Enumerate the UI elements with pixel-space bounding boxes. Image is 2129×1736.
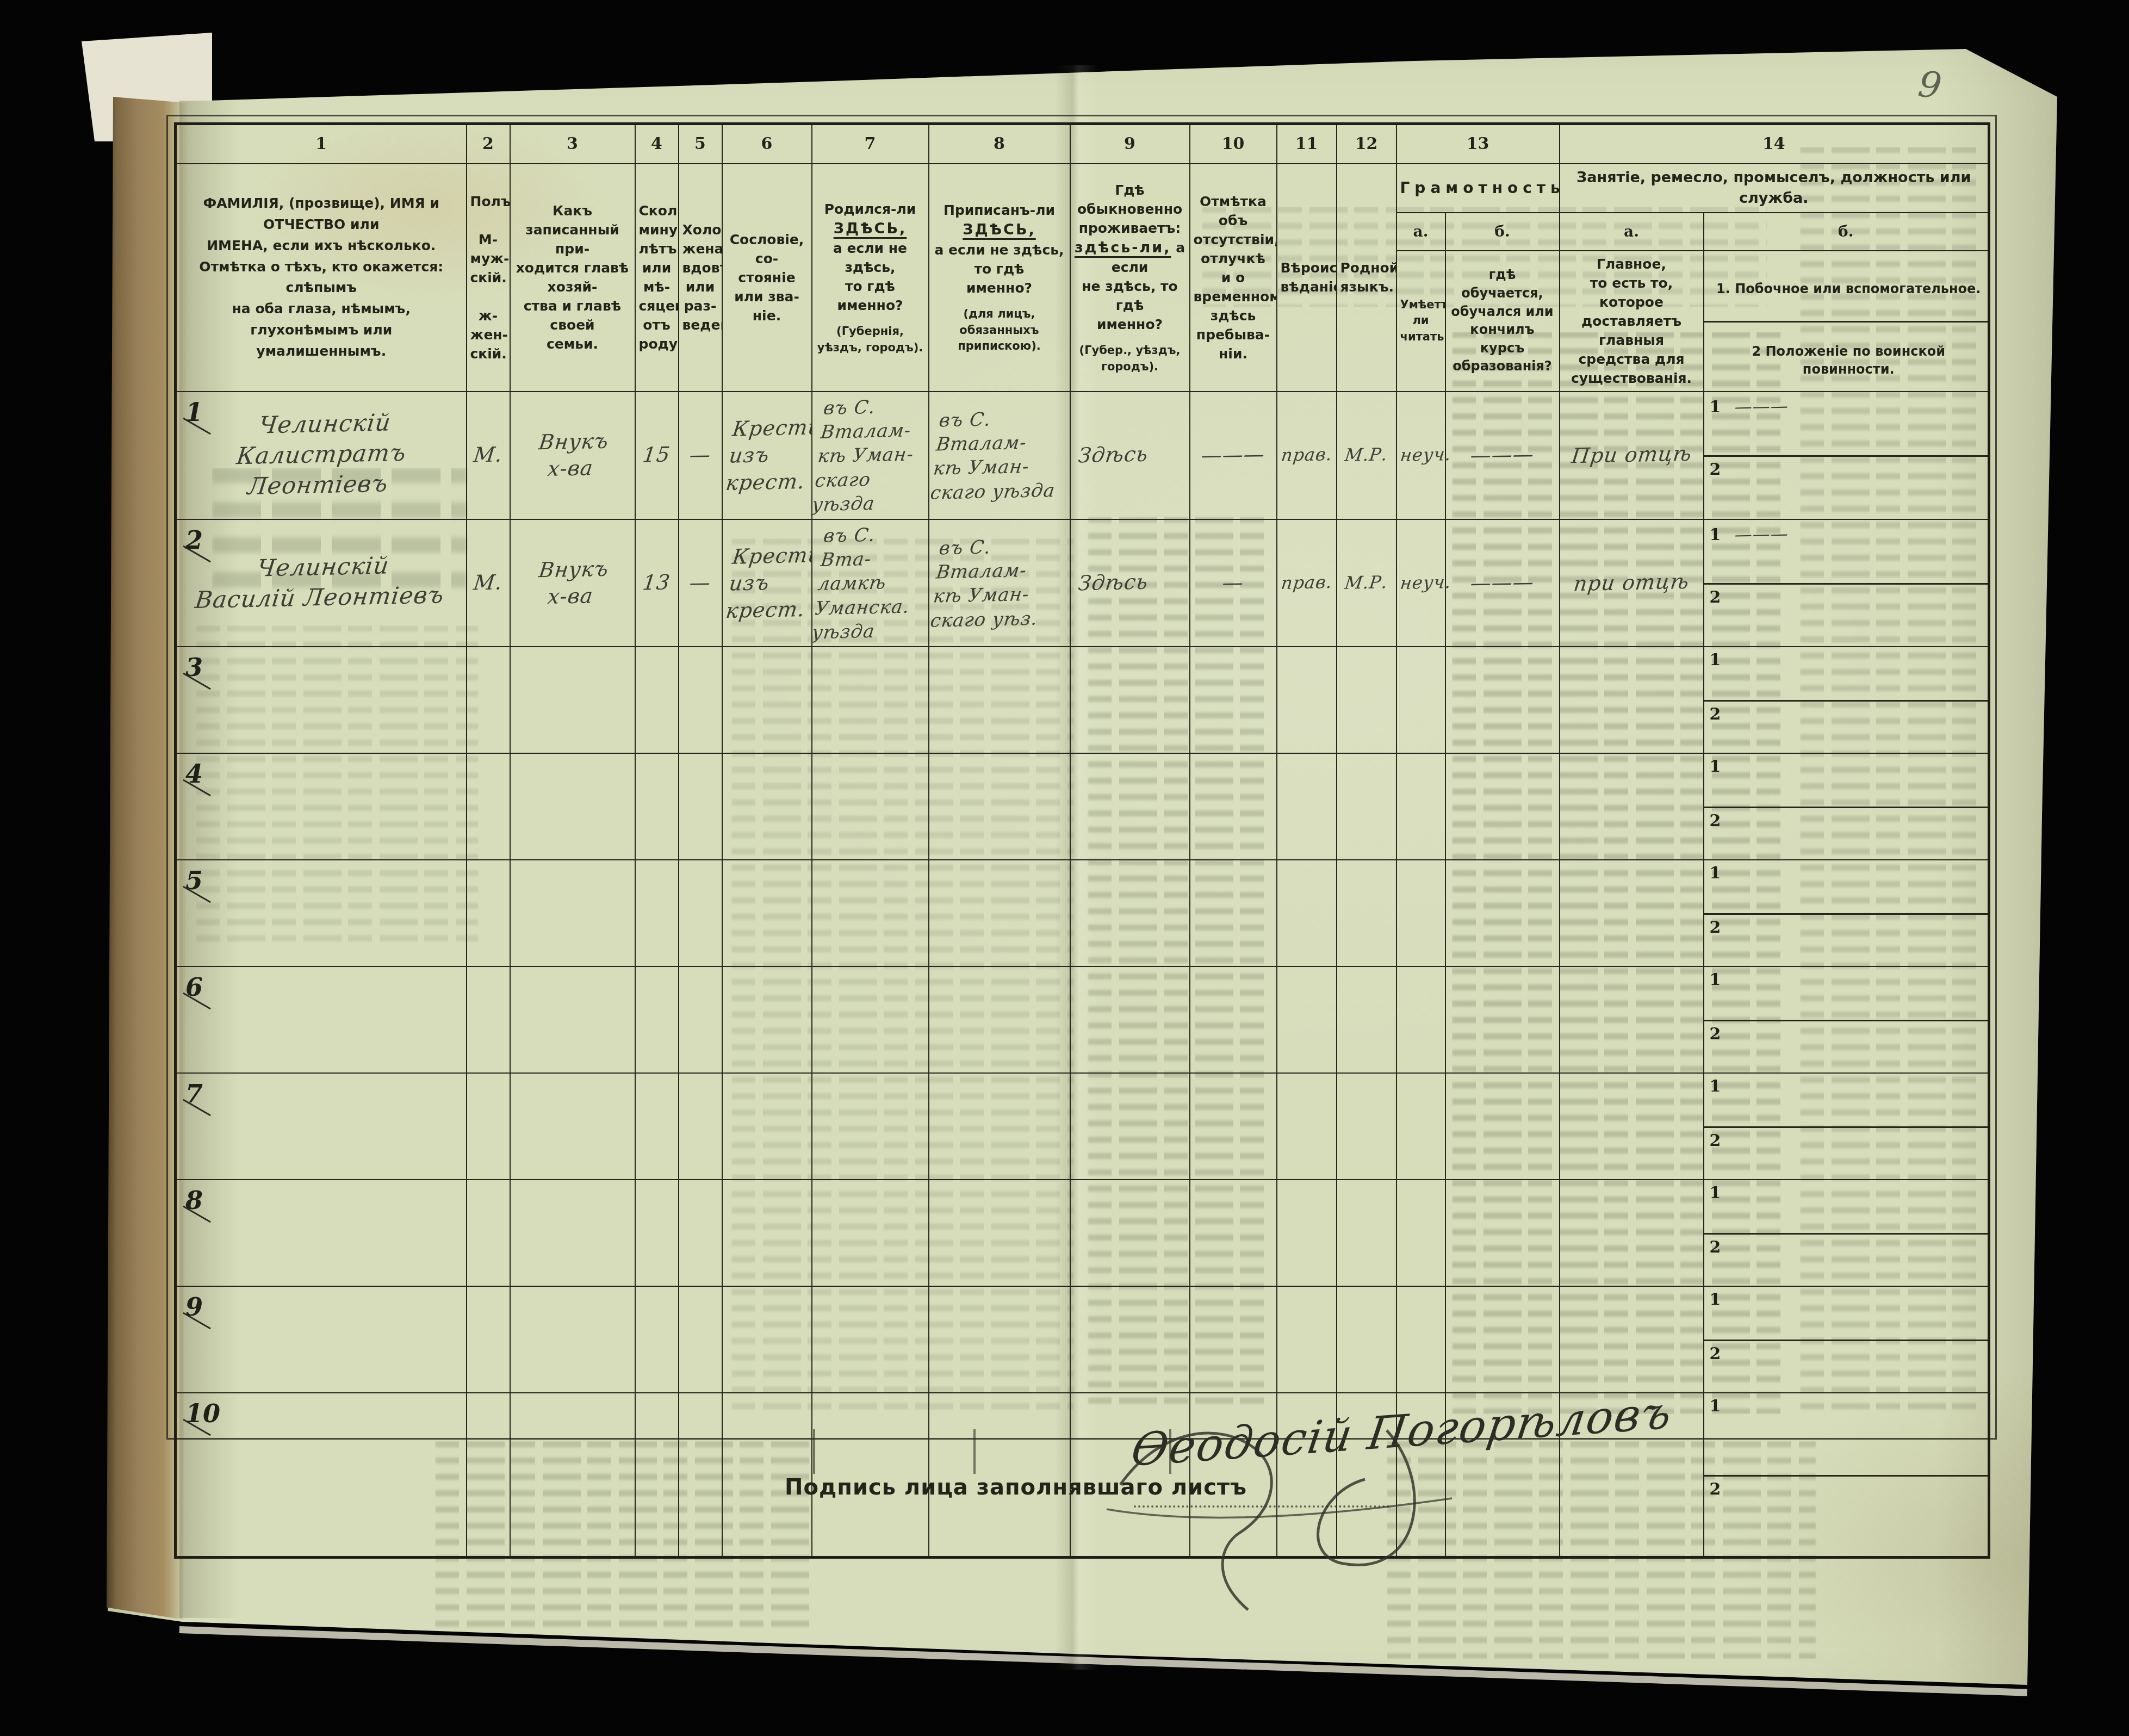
cell-absence	[1190, 966, 1277, 1073]
cell-name: 6	[176, 966, 467, 1073]
table-row: 7 1 2	[176, 1073, 1989, 1180]
cell-estate	[722, 1180, 812, 1286]
cell-absence	[1190, 1073, 1277, 1180]
cell-language: М.Р.	[1337, 519, 1396, 647]
handwritten-birthplace: въ С. Вта- ламкѣ Уманска. уѣзда	[812, 522, 929, 644]
cell-name: 2Челинскій Василій Леонтіевъ	[176, 519, 467, 647]
cell-registration	[929, 1286, 1070, 1393]
cell-religion: прав.	[1277, 519, 1337, 647]
occupation-b2-subcell: 2	[1704, 1233, 1988, 1286]
cell-language: М.Р.	[1337, 392, 1396, 519]
handwritten-religion: прав.	[1280, 443, 1333, 467]
cell-age	[635, 1180, 679, 1286]
cell-estate	[722, 647, 812, 753]
cell-birthplace: въ С. Вталам- кѣ Уман- скаго уѣзда	[812, 392, 929, 519]
occupation-b1-subcell: 1———	[1704, 520, 1988, 586]
registration-text: Приписанъ-ли	[944, 202, 1055, 218]
cell-age: 15	[635, 392, 679, 519]
cell-relation	[510, 1180, 635, 1286]
handwritten-marital: —	[688, 569, 712, 597]
handwritten-occupation-b1: ———	[1734, 522, 1790, 546]
col-num-5: 5	[679, 124, 722, 164]
handwritten-estate: Кресть. изъ крест.	[724, 414, 812, 497]
col-header-language: Родной языкъ.	[1337, 164, 1396, 392]
cell-marital: —	[679, 519, 722, 647]
cell-religion	[1277, 966, 1337, 1073]
handwritten-name: Челинскій Василій Леонтіевъ	[193, 550, 449, 616]
cell-occupation-b: 1 2	[1704, 966, 1989, 1073]
birthplace-note: (Губернія, уѣздъ, городъ).	[816, 324, 925, 356]
literacy-b-letter: б.	[1445, 213, 1560, 251]
cell-sex	[467, 1073, 510, 1180]
cell-age	[635, 966, 679, 1073]
cell-occupation-b: 1 2	[1704, 753, 1989, 860]
cell-language	[1337, 647, 1396, 753]
subrow-number-2: 2	[1710, 460, 1721, 479]
cell-birthplace: въ С. Вта- ламкѣ Уманска. уѣзда	[812, 519, 929, 647]
cell-age: 13	[635, 519, 679, 647]
cell-registration	[929, 860, 1070, 966]
col-header-occupation-a: Главное, то есть то, которое доставляетъ…	[1560, 251, 1704, 392]
subrow-number-2: 2	[1710, 918, 1721, 937]
cell-sex: М.	[467, 392, 510, 519]
cell-registration	[929, 753, 1070, 860]
cell-absence	[1190, 1180, 1277, 1286]
cell-marital	[679, 1180, 722, 1286]
col-header-occupation-b1: 1. Побочное или вспомогательное.	[1704, 251, 1988, 325]
birthplace-text: Родился-ли	[824, 201, 916, 217]
occupation-b1-subcell: 1———	[1704, 392, 1988, 458]
cell-occupation-b: 1 2	[1704, 860, 1989, 966]
cell-literacy-a	[1396, 1180, 1445, 1286]
col-header-age: Сколько минуло лѣтъ или мѣ- сяцевъ отъ р…	[635, 164, 679, 392]
table-row: 5 1 2	[176, 860, 1989, 966]
handwritten-literacy-b: ———	[1469, 569, 1536, 597]
cell-sex	[467, 860, 510, 966]
residence-emphasis: здѣсь-ли,	[1075, 239, 1171, 256]
cell-estate	[722, 1286, 812, 1393]
subrow-number-1: 1	[1710, 650, 1721, 669]
cell-language	[1337, 966, 1396, 1073]
cell-relation	[510, 647, 635, 753]
col-header-religion: Вѣроиспо- вѣданіе.	[1277, 164, 1337, 392]
cell-marital	[679, 1286, 722, 1393]
cell-relation	[510, 966, 635, 1073]
occupation-a-letter: а.	[1560, 213, 1704, 251]
table-row: 3 1 2	[176, 647, 1989, 753]
cell-literacy-b: ———	[1445, 392, 1560, 519]
cell-name: 10	[176, 1393, 467, 1557]
cell-occupation-b: 1 2	[1704, 1180, 1989, 1286]
cell-sex	[467, 1180, 510, 1286]
occupation-b2-subcell: 2	[1704, 1020, 1988, 1073]
row-number: 3	[185, 653, 203, 682]
table-row: 6 1 2	[176, 966, 1989, 1073]
cell-literacy-b	[1445, 1180, 1560, 1286]
cell-birthplace	[812, 966, 929, 1073]
row-number: 2	[185, 525, 203, 555]
handwritten-occupation-b1: ———	[1734, 395, 1790, 419]
cell-name: 8	[176, 1180, 467, 1286]
cell-occupation-a: при отцѣ	[1560, 519, 1704, 647]
handwritten-literacy-a: неуч.	[1399, 571, 1453, 595]
cell-marital	[679, 647, 722, 753]
handwritten-absence: —	[1221, 569, 1245, 597]
handwritten-registration: въ С. Вталам- кѣ Уман- скаго уѣзда	[929, 406, 1070, 505]
scanned-census-sheet: 1 2 3 4 5 6 7 8 9 10 11 12 13 14 ФАМИЛІЯ…	[0, 0, 2129, 1736]
cell-marital: —	[679, 392, 722, 519]
cell-occupation-b: 1 2	[1704, 647, 1989, 753]
cell-name: 1Челинскій Калистратъ Леонтіевъ	[176, 392, 467, 519]
cell-literacy-b	[1445, 647, 1560, 753]
cell-age	[635, 647, 679, 753]
cell-name: 5	[176, 860, 467, 966]
cell-literacy-a	[1396, 1286, 1445, 1393]
registration-text2: а если не здѣсь, то гдѣ именно?	[934, 242, 1064, 296]
cell-literacy-b	[1445, 753, 1560, 860]
subrow-number-1: 1	[1710, 525, 1721, 544]
cell-occupation-b: 1 2	[1704, 1286, 1989, 1393]
handwritten-registration: въ С. Вталам- кѣ Уман- скаго уѣз.	[929, 534, 1070, 633]
cell-sex: М.	[467, 519, 510, 647]
cell-religion: прав.	[1277, 392, 1337, 519]
cell-marital	[679, 1073, 722, 1180]
cell-marital	[679, 753, 722, 860]
cell-residence	[1070, 1180, 1190, 1286]
handwritten-age: 15	[641, 442, 672, 469]
cell-birthplace	[812, 1180, 929, 1286]
col-num-4: 4	[635, 124, 679, 164]
subrow-number-2: 2	[1710, 811, 1721, 830]
cell-residence	[1070, 966, 1190, 1073]
subrow-number-1: 1	[1710, 1290, 1721, 1309]
subrow-number-2: 2	[1710, 1344, 1721, 1363]
handwritten-sex: М.	[472, 569, 504, 597]
cell-religion	[1277, 1286, 1337, 1393]
cell-absence	[1190, 860, 1277, 966]
cell-residence	[1070, 1073, 1190, 1180]
subrow-number-1: 1	[1710, 757, 1721, 776]
table-row: 1Челинскій Калистратъ Леонтіевъ М. Внукъ…	[176, 392, 1989, 519]
col-header-registration: Приписанъ-ли ЗДѢСЬ, а если не здѣсь, то …	[929, 164, 1070, 392]
cell-language	[1337, 1073, 1396, 1180]
handwritten-birthplace: въ С. Вталам- кѣ Уман- скаго уѣзда	[812, 394, 929, 517]
col-header-name: ФАМИЛІЯ, (прозвище), ИМЯ и ОТЧЕСТВО или …	[176, 164, 467, 392]
cell-registration	[929, 647, 1070, 753]
cell-estate	[722, 860, 812, 966]
cell-occupation-b: 1——— 2	[1704, 519, 1989, 647]
col-header-occupation-b: 1. Побочное или вспомогательное. 2 Полож…	[1704, 251, 1989, 392]
occupation-b1-subcell: 1	[1704, 1180, 1988, 1236]
cell-residence: Здѣсь	[1070, 392, 1190, 519]
cell-birthplace	[812, 753, 929, 860]
row-number: 6	[185, 972, 203, 1002]
subrow-number-2: 2	[1710, 1131, 1721, 1150]
cell-occupation-b: 1 2	[1704, 1393, 1989, 1557]
subrow-number-2: 2	[1710, 588, 1721, 607]
cell-occupation-a	[1560, 753, 1704, 860]
cell-occupation-a	[1560, 966, 1704, 1073]
registration-note: (для лицъ, обязанныхъ припискою).	[933, 306, 1066, 354]
cell-literacy-b: ———	[1445, 519, 1560, 647]
subrow-number-2: 2	[1710, 705, 1721, 724]
handwritten-literacy-b: ———	[1469, 441, 1536, 469]
column-number-row: 1 2 3 4 5 6 7 8 9 10 11 12 13 14	[176, 124, 1989, 164]
cell-occupation-b: 1 2	[1704, 1073, 1989, 1180]
cell-sex	[467, 753, 510, 860]
cell-absence	[1190, 1286, 1277, 1393]
cell-residence	[1070, 1286, 1190, 1393]
occupation-b1-subcell: 1	[1704, 754, 1988, 810]
occupation-b1-subcell: 1	[1704, 860, 1988, 916]
cell-estate: Кресть. изъ крест.	[722, 519, 812, 647]
cell-occupation-a	[1560, 860, 1704, 966]
cell-absence	[1190, 647, 1277, 753]
handwritten-relation: Внукъ х-ва	[535, 427, 611, 483]
cell-religion	[1277, 1180, 1337, 1286]
subrow-number-1: 1	[1710, 1397, 1721, 1416]
cell-literacy-a: неуч.	[1396, 519, 1445, 647]
cell-estate	[722, 1073, 812, 1180]
cell-registration	[929, 966, 1070, 1073]
occupation-b2-subcell: 2	[1704, 1475, 1988, 1558]
col-num-13: 13	[1396, 124, 1560, 164]
subrow-number-2: 2	[1710, 1025, 1721, 1044]
col-header-occupation-group: Занятіе, ремесло, промыселъ, должность и…	[1560, 164, 1989, 213]
birthplace-text2: а если не здѣсь, то гдѣ именно?	[833, 240, 907, 313]
census-table: 1 2 3 4 5 6 7 8 9 10 11 12 13 14 ФАМИЛІЯ…	[174, 122, 1990, 1559]
occupation-b1-subcell: 1	[1704, 1074, 1988, 1130]
handwritten-age: 13	[641, 569, 672, 597]
subrow-number-1: 1	[1710, 864, 1721, 883]
col-header-birthplace: Родился-ли ЗДѢСЬ, а если не здѣсь, то гд…	[812, 164, 929, 392]
cell-religion	[1277, 1073, 1337, 1180]
subrow-number-2: 2	[1710, 1238, 1721, 1257]
birthplace-emphasis: ЗДѢСЬ,	[834, 220, 907, 237]
cell-occupation-a	[1560, 1286, 1704, 1393]
cell-age	[635, 1073, 679, 1180]
occupation-b2-subcell: 2	[1704, 807, 1988, 860]
cell-language	[1337, 753, 1396, 860]
col-num-7: 7	[812, 124, 929, 164]
cell-residence	[1070, 753, 1190, 860]
cell-absence: —	[1190, 519, 1277, 647]
residence-text: Гдѣ обыкновенно проживаетъ:	[1077, 182, 1182, 236]
occupation-b1-subcell: 1	[1704, 647, 1988, 703]
cell-religion	[1277, 753, 1337, 860]
cell-occupation-a	[1560, 1180, 1704, 1286]
occupation-b2-subcell: 2	[1704, 700, 1988, 753]
table-row: 9 1 2	[176, 1286, 1989, 1393]
registration-emphasis: ЗДѢСЬ,	[963, 221, 1036, 238]
table-row: 2Челинскій Василій Леонтіевъ М. Внукъ х-…	[176, 519, 1989, 647]
col-num-9: 9	[1070, 124, 1190, 164]
col-num-11: 11	[1277, 124, 1337, 164]
cell-literacy-a	[1396, 860, 1445, 966]
subrow-number-1: 1	[1710, 970, 1721, 989]
cell-absence: ———	[1190, 392, 1277, 519]
handwritten-relation: Внукъ х-ва	[535, 555, 611, 611]
table-row: 8 1 2	[176, 1180, 1989, 1286]
row-number: 7	[185, 1079, 203, 1108]
handwritten-marital: —	[688, 442, 712, 469]
cell-registration	[929, 1180, 1070, 1286]
cell-literacy-b	[1445, 1286, 1560, 1393]
col-num-1: 1	[176, 124, 467, 164]
col-num-6: 6	[722, 124, 812, 164]
row-number: 8	[185, 1186, 203, 1215]
cell-sex	[467, 966, 510, 1073]
cell-language	[1337, 1180, 1396, 1286]
cell-sex	[467, 1286, 510, 1393]
col-header-literacy-a: Умѣетъ- ли читать?	[1396, 251, 1445, 392]
occupation-b2-subcell: 2	[1704, 455, 1988, 519]
row-number: 10	[185, 1399, 220, 1428]
cell-relation: Внукъ х-ва	[510, 392, 635, 519]
handwritten-absence: ———	[1200, 441, 1267, 469]
col-header-sex: Полъ. М-муж- скій. ж-жен- скій.	[467, 164, 510, 392]
cell-estate: Кресть. изъ крест.	[722, 392, 812, 519]
cell-occupation-a	[1560, 647, 1704, 753]
col-header-residence: Гдѣ обыкновенно проживаетъ: здѣсь-ли, а …	[1070, 164, 1190, 392]
col-num-3: 3	[510, 124, 635, 164]
cell-birthplace	[812, 647, 929, 753]
cell-sex	[467, 647, 510, 753]
cell-name: 7	[176, 1073, 467, 1180]
row-number: 9	[185, 1292, 203, 1322]
cell-residence: Здѣсь	[1070, 519, 1190, 647]
col-num-8: 8	[929, 124, 1070, 164]
cell-relation	[510, 1393, 635, 1557]
cell-age	[635, 860, 679, 966]
occupation-b2-subcell: 2	[1704, 583, 1988, 647]
col-num-14: 14	[1560, 124, 1989, 164]
subrow-number-2: 2	[1710, 1480, 1721, 1499]
cell-sex	[467, 1393, 510, 1557]
cell-marital	[679, 966, 722, 1073]
col-num-10: 10	[1190, 124, 1277, 164]
cell-relation	[510, 1286, 635, 1393]
cell-name: 9	[176, 1286, 467, 1393]
residence-note: (Губер., уѣздъ, городъ).	[1074, 343, 1186, 375]
cell-absence	[1190, 753, 1277, 860]
col-header-absence: Отмѣтка объ отсутствіи, отлучкѣ и о врем…	[1190, 164, 1277, 392]
occupation-b2-subcell: 2	[1704, 913, 1988, 966]
occupation-b2-subcell: 2	[1704, 1340, 1988, 1393]
cell-language	[1337, 1286, 1396, 1393]
col-header-literacy-group: Грамотность.	[1396, 164, 1560, 213]
cell-birthplace	[812, 860, 929, 966]
occupation-b-letter: б.	[1704, 213, 1989, 251]
cell-literacy-a: неуч.	[1396, 392, 1445, 519]
cell-registration: въ С. Вталам- кѣ Уман- скаго уѣзда	[929, 392, 1070, 519]
subrow-number-1: 1	[1710, 398, 1721, 417]
cell-language	[1337, 860, 1396, 966]
cell-estate	[722, 753, 812, 860]
handwritten-language: М.Р.	[1344, 571, 1389, 594]
cell-name: 3	[176, 647, 467, 753]
cell-estate	[722, 966, 812, 1073]
col-header-estate: Сословіе, со- стояніе или зва- ніе.	[722, 164, 812, 392]
cell-registration: въ С. Вталам- кѣ Уман- скаго уѣз.	[929, 519, 1070, 647]
cell-literacy-a	[1396, 1073, 1445, 1180]
cell-relation	[510, 1073, 635, 1180]
handwritten-literacy-a: неуч.	[1399, 443, 1453, 467]
cell-occupation-b: 1——— 2	[1704, 392, 1989, 519]
cell-age	[635, 1286, 679, 1393]
cell-occupation-a	[1560, 1073, 1704, 1180]
handwritten-sex: М.	[472, 442, 504, 469]
cell-religion	[1277, 647, 1337, 753]
table-row: 4 1 2	[176, 753, 1989, 860]
handwritten-residence: Здѣсь	[1077, 569, 1150, 597]
occupation-b1-subcell: 1	[1704, 1287, 1988, 1343]
occupation-b1-subcell: 1	[1704, 967, 1988, 1023]
cell-religion	[1277, 860, 1337, 966]
cell-name: 4	[176, 753, 467, 860]
handwritten-estate: Кресть. изъ крест.	[724, 542, 812, 624]
cell-age	[635, 753, 679, 860]
handwritten-residence: Здѣсь	[1077, 441, 1150, 469]
cell-marital	[679, 860, 722, 966]
col-header-occupation-b2: 2 Положеніе по воинской повинности.	[1704, 321, 1988, 392]
cell-age	[635, 1393, 679, 1557]
cell-literacy-a	[1396, 753, 1445, 860]
row-number: 4	[185, 759, 203, 789]
handwritten-religion: прав.	[1280, 571, 1333, 595]
cell-registration	[929, 1073, 1070, 1180]
cell-literacy-b	[1445, 860, 1560, 966]
col-header-relation: Какъ записанный при- ходится главѣ хозяй…	[510, 164, 635, 392]
occupation-b2-subcell: 2	[1704, 1126, 1988, 1180]
col-header-literacy-b: гдѣ обучается, обучался или кончилъ курс…	[1445, 251, 1560, 392]
cell-literacy-b	[1445, 966, 1560, 1073]
cell-birthplace	[812, 1073, 929, 1180]
cell-relation	[510, 860, 635, 966]
col-num-12: 12	[1337, 124, 1396, 164]
cell-marital	[679, 1393, 722, 1557]
row-number: 5	[185, 866, 203, 895]
col-num-2: 2	[467, 124, 510, 164]
occupation-b1-subcell: 1	[1704, 1393, 1988, 1478]
handwritten-name: Челинскій Калистратъ Леонтіевъ	[176, 407, 467, 504]
literacy-a-letter: а.	[1396, 213, 1445, 251]
cell-literacy-a	[1396, 966, 1445, 1073]
col-header-marital: Холостъ, женатъ, вдовъ или раз- веденъ.	[679, 164, 722, 392]
subrow-number-1: 1	[1710, 1183, 1721, 1202]
cell-literacy-b	[1445, 1073, 1560, 1180]
handwritten-language: М.Р.	[1344, 443, 1389, 467]
subrow-number-1: 1	[1710, 1077, 1721, 1096]
column-header-row: ФАМИЛІЯ, (прозвище), ИМЯ и ОТЧЕСТВО или …	[176, 164, 1989, 213]
handwritten-occupation-a: при отцѣ	[1572, 568, 1691, 598]
cell-relation: Внукъ х-ва	[510, 519, 635, 647]
handwritten-occupation-a: При отцѣ	[1570, 441, 1693, 470]
cell-residence	[1070, 860, 1190, 966]
cell-birthplace	[812, 1286, 929, 1393]
cell-literacy-a	[1396, 647, 1445, 753]
cell-residence	[1070, 647, 1190, 753]
cell-occupation-a: При отцѣ	[1560, 392, 1704, 519]
cell-relation	[510, 753, 635, 860]
